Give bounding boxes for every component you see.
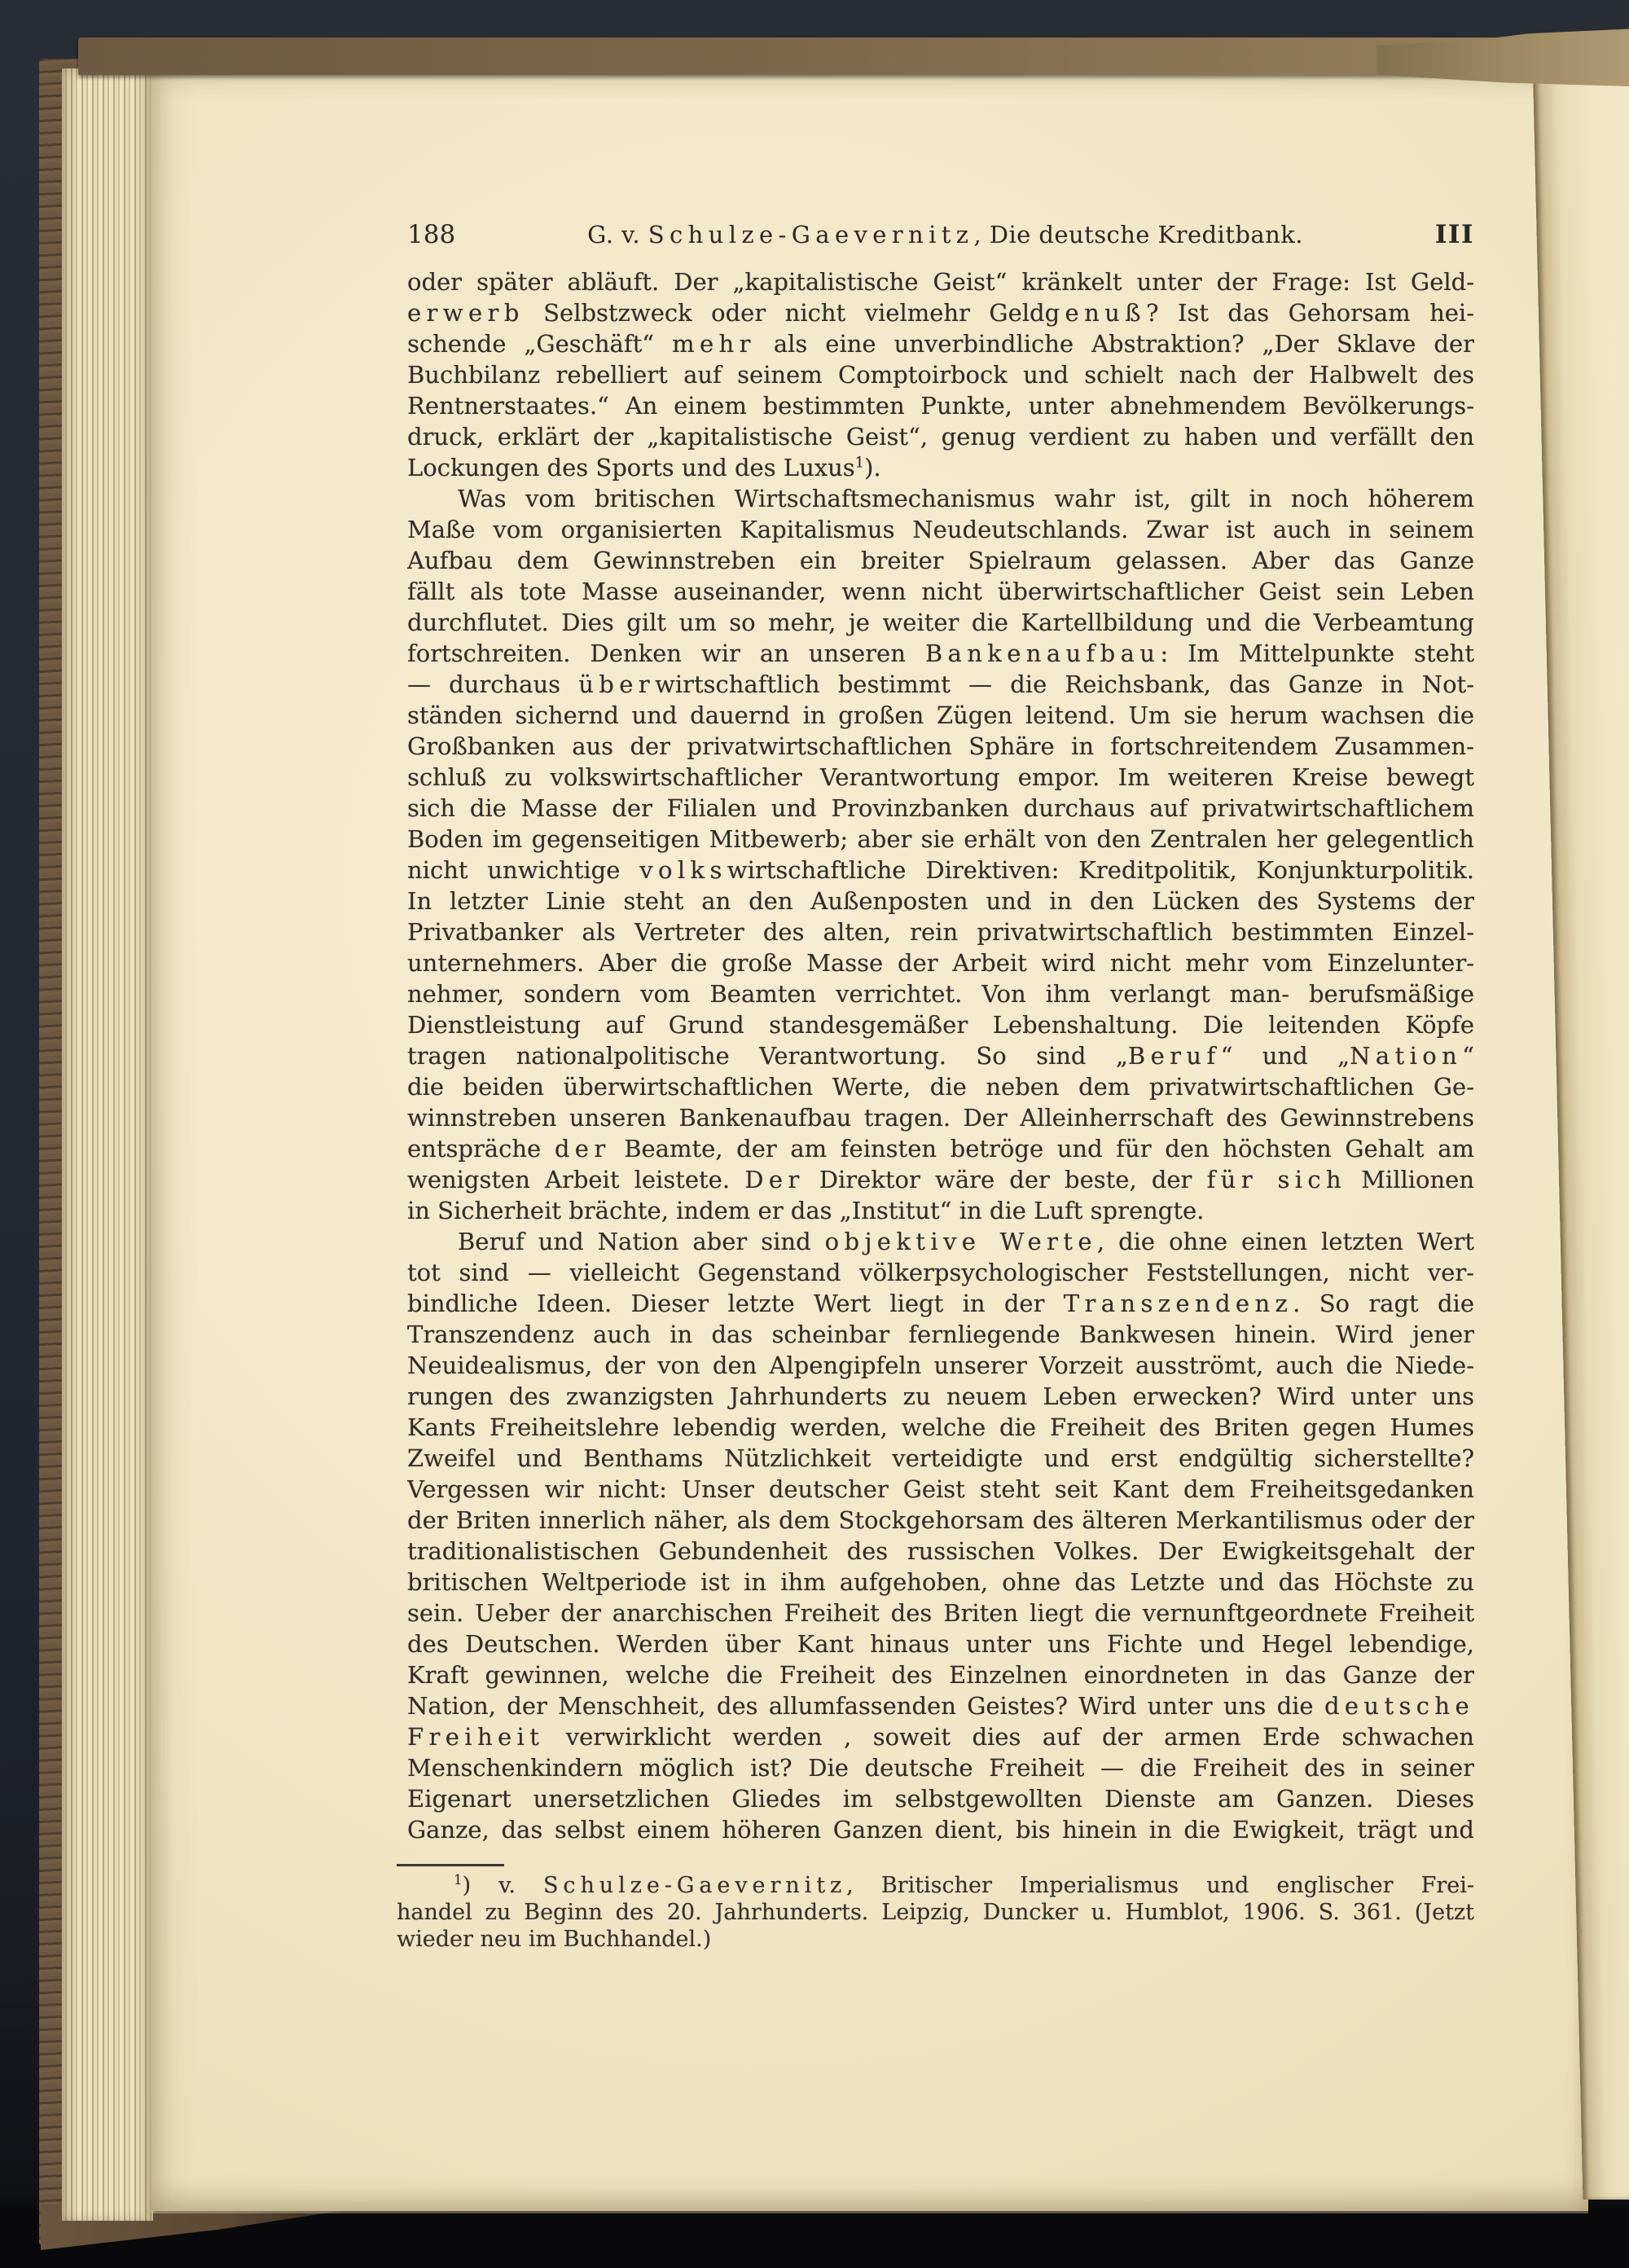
text-segment: sein. Ueber der anarchischen Freiheit de… <box>407 1599 1474 1627</box>
text-segment: deutsche <box>1324 1692 1474 1720</box>
text-segment: objektive Werte <box>825 1228 1097 1255</box>
text-segment: Beamte, der am feinsten betröge und für … <box>611 1135 1474 1163</box>
text-segment: bindliche Ideen. Dieser letzte Wert lieg… <box>407 1290 1064 1317</box>
text-segment: : Im Mittelpunkte steht <box>1160 640 1474 667</box>
text-line: britischen Weltperiode ist in ihm aufgeh… <box>407 1567 1474 1598</box>
text-line: Kraft gewinnen, welche die Freiheit des … <box>407 1659 1474 1690</box>
text-line: winnstreben unseren Bankenaufbau tragen.… <box>407 1102 1474 1133</box>
text-line: unternehmers. Aber die große Masse der A… <box>407 947 1474 978</box>
text-segment: fortschreiten. Denken wir an unseren <box>407 640 925 667</box>
text-line: 1) v. Schulze-Gaevernitz, Britischer Imp… <box>397 1872 1474 1899</box>
footnote-text: 1) v. Schulze-Gaevernitz, Britischer Imp… <box>397 1872 1474 1953</box>
text-segment: der Briten innerlich näher, als dem Stoc… <box>407 1506 1474 1534</box>
text-line: oder später abläuft. Der „kapitalistisch… <box>407 266 1474 297</box>
text-segment: verwirklicht werden , soweit dies auf de… <box>544 1723 1474 1751</box>
footnote-reference: 1 <box>855 454 864 471</box>
text-line: des Deutschen. Werden über Kant hinaus u… <box>407 1628 1474 1659</box>
text-segment: Buchbilanz rebelliert auf seinem Comptoi… <box>407 361 1474 389</box>
body-text: oder später abläuft. Der „kapitalistisch… <box>407 266 1474 1845</box>
running-title-author: Schulze-Gaevernitz <box>648 221 974 248</box>
text-line: Rentnerstaates.“ An einem bestimmten Pun… <box>407 390 1474 421</box>
text-line: Transzendenz auch in das scheinbar fernl… <box>407 1319 1474 1350</box>
text-segment: Ganze, das selbst einem höheren Ganzen d… <box>407 1816 1474 1844</box>
text-segment: für sich <box>1207 1166 1347 1193</box>
text-segment: Nation <box>1350 1042 1462 1070</box>
text-segment: Beruf <box>1128 1042 1221 1070</box>
text-line: Maße vom organisierten Kapitalismus Neud… <box>407 514 1474 545</box>
text-line: erwerb Selbstzweck oder nicht vielmehr G… <box>407 297 1474 328</box>
text-segment: Der <box>744 1166 804 1193</box>
text-segment: In letzter Linie steht an den Außenposte… <box>407 887 1474 915</box>
running-title-rest: , Die deutsche Kreditbank. <box>973 221 1302 248</box>
text-segment: Maße vom organisierten Kapitalismus Neud… <box>407 516 1474 543</box>
text-line: wieder neu im Buchhandel.) <box>397 1926 1474 1953</box>
text-line: durchflutet. Dies gilt um so mehr, je we… <box>407 607 1474 638</box>
text-segment: Freiheit <box>407 1723 544 1751</box>
text-segment: , Britischer Imperialismus und englische… <box>846 1873 1474 1898</box>
footnote-rule <box>397 1864 504 1866</box>
text-segment: Eigenart unersetzlichen Gliedes im selbs… <box>407 1785 1474 1813</box>
text-segment: in Sicherheit brächte, indem er das „Ins… <box>407 1197 1204 1224</box>
text-segment: britischen Weltperiode ist in ihm aufgeh… <box>407 1568 1474 1596</box>
text-line: Neuidealismus, der von den Alpengipfeln … <box>407 1350 1474 1381</box>
text-segment: — durchaus <box>407 670 578 698</box>
text-segment: erwerb <box>407 299 525 327</box>
text-segment: ? Ist das Gehorsam hei- <box>1146 299 1474 327</box>
text-segment: Kants Freiheitslehre lebendig werden, we… <box>407 1413 1474 1441</box>
text-line: Beruf und Nation aber sind objektive Wer… <box>407 1226 1474 1257</box>
text-line: Was vom britischen Wirtschaftsmechanismu… <box>407 483 1474 514</box>
text-line: ständen sichernd und dauernd in großen Z… <box>407 700 1474 731</box>
text-line: bindliche Ideen. Dieser letzte Wert lieg… <box>407 1288 1474 1319</box>
text-line: Eigenart unersetzlichen Gliedes im selbs… <box>407 1783 1474 1814</box>
text-segment: ) v. <box>463 1873 543 1898</box>
text-line: in Sicherheit brächte, indem er das „Ins… <box>407 1195 1474 1226</box>
text-line: entspräche der Beamte, der am feinsten b… <box>407 1133 1474 1164</box>
text-segment: Selbstzweck oder nicht vielmehr Geld <box>525 299 1045 327</box>
text-segment: schluß zu volkswirtschaftlicher Verantwo… <box>407 763 1474 791</box>
text-line: sich die Masse der Filialen und Provinzb… <box>407 793 1474 824</box>
text-segment: Lockungen des Sports und des Luxus <box>407 454 855 481</box>
text-segment: Nation, der Menschheit, des allumfassend… <box>407 1692 1324 1720</box>
text-segment: “ und „ <box>1221 1042 1350 1070</box>
text-segment: ). <box>864 454 881 481</box>
page-header: 188 G. v. Schulze-Gaevernitz, Die deutsc… <box>407 220 1474 253</box>
text-line: Menschenkindern möglich ist? Die deutsch… <box>407 1752 1474 1783</box>
text-segment: nehmer, sondern vom Beamten verrichtet. … <box>407 980 1474 1008</box>
text-segment: volks <box>639 856 727 884</box>
text-segment: schende „Geschäft“ <box>407 330 672 358</box>
book-page: 188 G. v. Schulze-Gaevernitz, Die deutsc… <box>151 68 1588 2211</box>
text-segment: rungen des zwanzigsten Jahrhunderts zu n… <box>407 1382 1474 1410</box>
text-segment: Aufbau dem Gewinnstreben ein breiter Spi… <box>407 547 1474 574</box>
text-line: schluß zu volkswirtschaftlicher Verantwo… <box>407 762 1474 793</box>
text-line: Vergessen wir nicht: Unser deutscher Gei… <box>407 1474 1474 1505</box>
text-segment: die beiden überwirtschaftlichen Werte, d… <box>407 1073 1474 1101</box>
text-line: Großbanken aus der privatwirtschaftliche… <box>407 731 1474 762</box>
text-line: handel zu Beginn des 20. Jahrhunderts. L… <box>397 1899 1474 1926</box>
text-line: Ganze, das selbst einem höheren Ganzen d… <box>407 1814 1474 1845</box>
text-line: druck, erklärt der „kapitalistische Geis… <box>407 421 1474 452</box>
text-line: Freiheit verwirklicht werden , soweit di… <box>407 1721 1474 1752</box>
text-segment: Bankenaufbau <box>925 640 1160 667</box>
text-segment: Millionen <box>1346 1166 1474 1193</box>
text-segment: Was vom britischen Wirtschaftsmechanismu… <box>458 485 1474 512</box>
text-line: nicht unwichtige volkswirtschaftliche Di… <box>407 855 1474 886</box>
text-segment: ständen sichernd und dauernd in großen Z… <box>407 701 1474 729</box>
text-line: fällt als tote Masse auseinander, wenn n… <box>407 576 1474 607</box>
text-line: fortschreiten. Denken wir an unseren Ban… <box>407 638 1474 669</box>
text-segment: Kraft gewinnen, welche die Freiheit des … <box>407 1661 1474 1689</box>
text-segment: als eine unverbindliche Abstraktion? „De… <box>756 330 1474 358</box>
running-title: G. v. Schulze-Gaevernitz, Die deutsche K… <box>587 221 1303 248</box>
text-line: die beiden überwirtschaftlichen Werte, d… <box>407 1071 1474 1102</box>
text-line: Privatbanker als Vertreter des alten, re… <box>407 916 1474 947</box>
text-line: Buchbilanz rebelliert auf seinem Comptoi… <box>407 359 1474 390</box>
text-line: schende „Geschäft“ mehr als eine unverbi… <box>407 328 1474 359</box>
text-line: Aufbau dem Gewinnstreben ein breiter Spi… <box>407 545 1474 576</box>
text-segment: . So ragt die <box>1293 1290 1474 1317</box>
text-segment: Rentnerstaates.“ An einem bestimmten Pun… <box>407 392 1474 420</box>
text-segment: Boden im gegenseitigen Mitbewerb; aber s… <box>407 825 1474 853</box>
text-segment: wieder neu im Buchhandel.) <box>397 1927 711 1952</box>
text-segment: über <box>578 670 655 698</box>
volume-numeral: III <box>1435 220 1474 249</box>
text-segment: Großbanken aus der privatwirtschaftliche… <box>407 732 1474 760</box>
text-segment: Direktor wäre der beste, der <box>805 1166 1207 1193</box>
text-line: wenigsten Arbeit leistete. Der Direktor … <box>407 1164 1474 1195</box>
text-segment: wenigsten Arbeit leistete. <box>407 1166 744 1193</box>
page-number: 188 <box>407 220 455 249</box>
text-segment: durchflutet. Dies gilt um so mehr, je we… <box>407 609 1474 636</box>
text-line: nehmer, sondern vom Beamten verrichtet. … <box>407 978 1474 1009</box>
text-line: In letzter Linie steht an den Außenposte… <box>407 886 1474 916</box>
footnote-reference: 1 <box>454 1872 463 1888</box>
text-segment: des Deutschen. Werden über Kant hinaus u… <box>407 1630 1474 1658</box>
text-segment: sich die Masse der Filialen und Provinzb… <box>407 794 1474 822</box>
text-line: der Briten innerlich näher, als dem Stoc… <box>407 1505 1474 1536</box>
text-segment: Zweifel und Benthams Nützlichkeit vertei… <box>407 1444 1474 1472</box>
text-segment: Beruf und Nation aber sind <box>458 1228 825 1255</box>
text-segment: der <box>555 1135 611 1163</box>
text-segment: wirtschaftlich bestimmt — die Reichsbank… <box>655 670 1474 698</box>
text-segment: Schulze-Gaevernitz <box>543 1873 846 1898</box>
text-segment: traditionalistischen Gebundenheit des ru… <box>407 1537 1474 1565</box>
text-segment: unternehmers. Aber die große Masse der A… <box>407 949 1474 977</box>
text-line: sein. Ueber der anarchischen Freiheit de… <box>407 1598 1474 1628</box>
text-line: Boden im gegenseitigen Mitbewerb; aber s… <box>407 824 1474 855</box>
text-line: traditionalistischen Gebundenheit des ru… <box>407 1536 1474 1567</box>
text-segment: Privatbanker als Vertreter des alten, re… <box>407 918 1474 946</box>
text-line: tragen nationalpolitische Verantwortung.… <box>407 1040 1474 1071</box>
text-segment: wirtschaftliche Direktiven: Kreditpoliti… <box>727 856 1474 884</box>
text-segment: handel zu Beginn des 20. Jahrhunderts. L… <box>397 1900 1474 1925</box>
text-line: Dienstleistung auf Grund standesgemäßer … <box>407 1009 1474 1040</box>
scanned-book-photo: 188 G. v. Schulze-Gaevernitz, Die deutsc… <box>0 0 1629 2268</box>
text-line: Lockungen des Sports und des Luxus1). <box>407 452 1474 483</box>
text-segment: entspräche <box>407 1135 555 1163</box>
text-line: tot sind — vielleicht Gegenstand völkerp… <box>407 1257 1474 1288</box>
text-segment: druck, erklärt der „kapitalistische Geis… <box>407 423 1474 451</box>
text-segment: Transzendenz <box>1064 1290 1293 1317</box>
text-line: rungen des zwanzigsten Jahrhunderts zu n… <box>407 1381 1474 1412</box>
page-edges-stack <box>62 68 153 2221</box>
running-title-prefix: G. v. <box>587 221 648 248</box>
text-segment: winnstreben unseren Bankenaufbau tragen.… <box>407 1104 1474 1132</box>
text-segment: Transzendenz auch in das scheinbar fernl… <box>407 1321 1474 1348</box>
text-segment: tragen nationalpolitische Verantwortung.… <box>407 1042 1128 1070</box>
text-segment: genuß <box>1045 299 1146 327</box>
text-segment: “ <box>1462 1042 1474 1070</box>
text-segment: nicht unwichtige <box>407 856 639 884</box>
text-segment: fällt als tote Masse auseinander, wenn n… <box>407 578 1474 605</box>
text-segment: Neuidealismus, der von den Alpengipfeln … <box>407 1352 1474 1379</box>
text-line: Nation, der Menschheit, des allumfassend… <box>407 1690 1474 1721</box>
text-line: — durchaus überwirtschaftlich bestimmt —… <box>407 669 1474 700</box>
text-segment: mehr <box>672 330 756 358</box>
text-segment: Dienstleistung auf Grund standesgemäßer … <box>407 1011 1474 1039</box>
text-segment: Menschenkindern möglich ist? Die deutsch… <box>407 1754 1474 1782</box>
text-segment: , die ohne einen letzten Wert <box>1097 1228 1474 1255</box>
text-segment: oder später abläuft. Der „kapitalistisch… <box>407 268 1474 296</box>
text-line: Zweifel und Benthams Nützlichkeit vertei… <box>407 1443 1474 1474</box>
text-segment: Vergessen wir nicht: Unser deutscher Gei… <box>407 1475 1474 1503</box>
text-line: Kants Freiheitslehre lebendig werden, we… <box>407 1412 1474 1443</box>
text-segment: tot sind — vielleicht Gegenstand völkerp… <box>407 1259 1474 1286</box>
